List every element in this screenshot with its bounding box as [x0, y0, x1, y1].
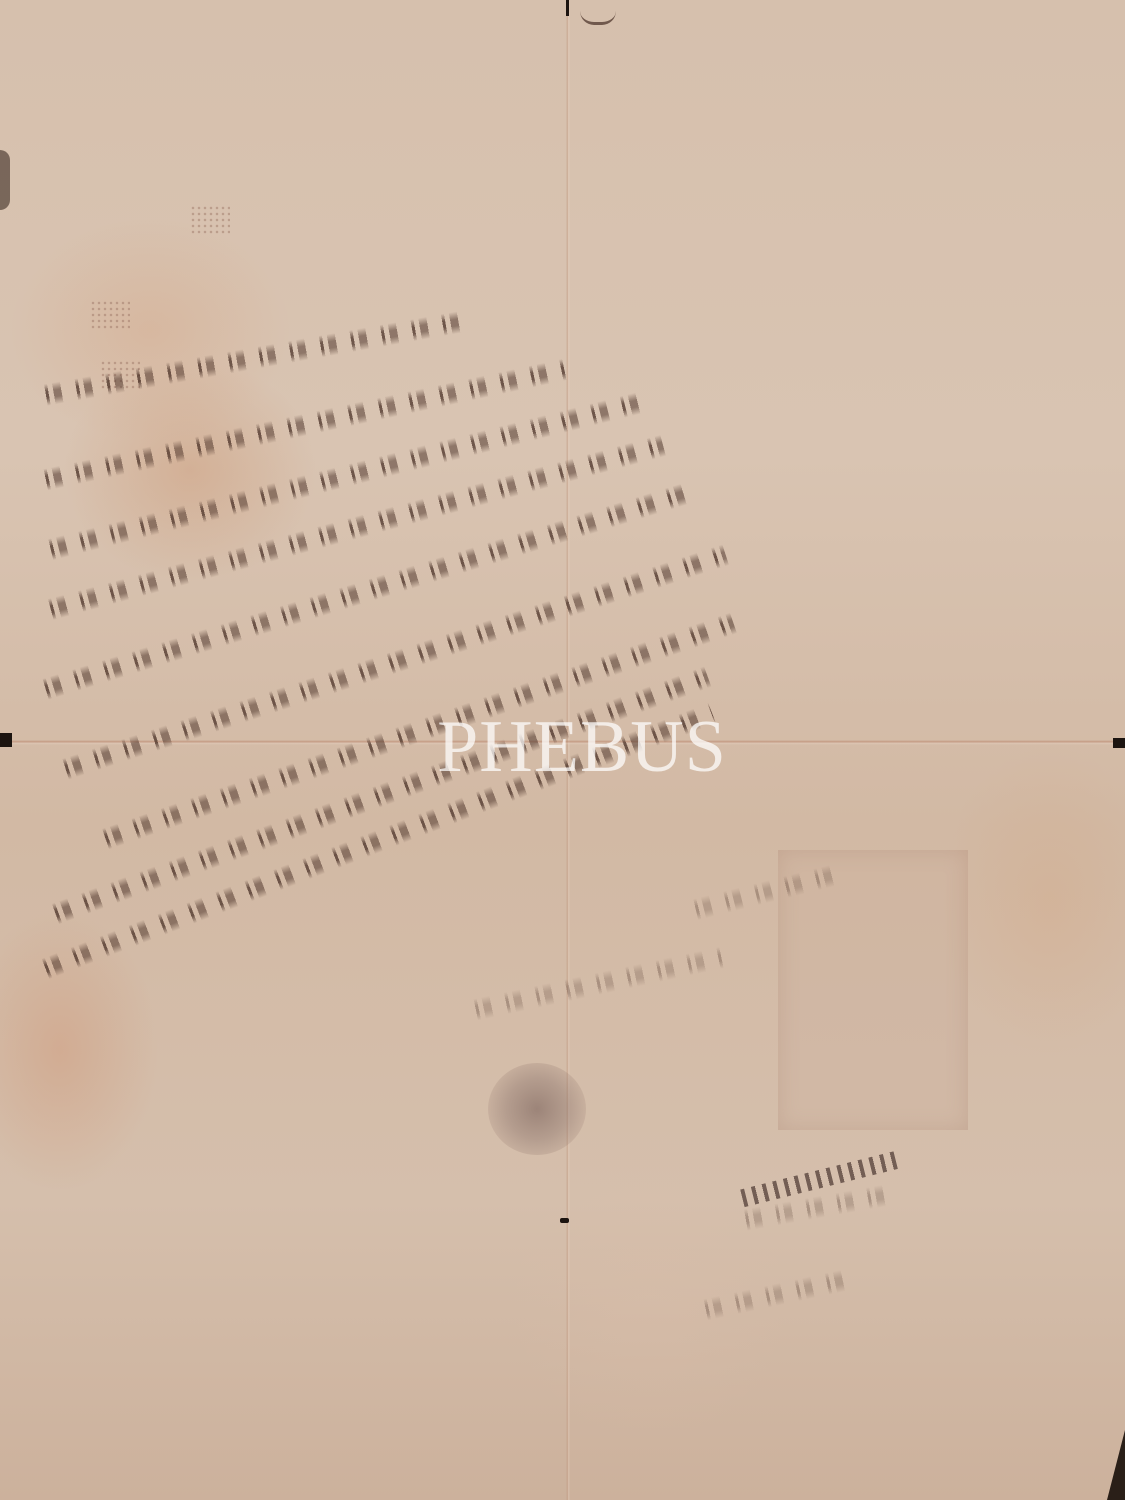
ink-spot	[560, 1218, 569, 1223]
binding-edge	[0, 150, 10, 210]
torn-corner	[1107, 1430, 1125, 1500]
page-number-mark	[580, 0, 616, 25]
seal-impression	[488, 1063, 586, 1155]
perforation-dots	[190, 205, 230, 235]
fold-tear-left	[0, 733, 12, 747]
handwritten-line	[46, 666, 711, 926]
fold-tear-right	[1113, 738, 1125, 748]
fold-tear-top	[566, 0, 569, 16]
pencil-annotation	[698, 1267, 859, 1322]
perforation-dots	[90, 300, 130, 330]
document-page: PHEBUS	[0, 0, 1125, 1500]
pencil-annotation	[468, 946, 727, 1022]
vertical-fold-line	[566, 0, 570, 1500]
